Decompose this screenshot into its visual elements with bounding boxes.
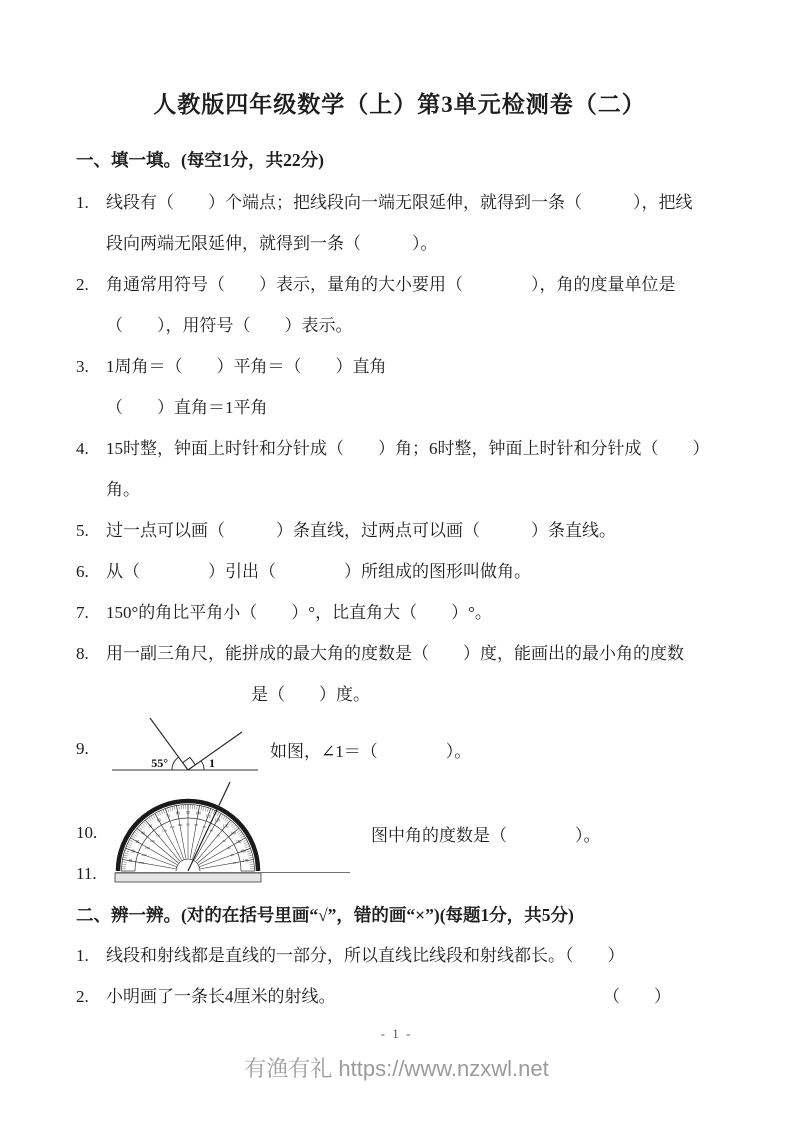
question-body: 用一副三角尺，能拼成的最大角的度数是（ ）度，能画出的最小角的度数 是（ ）度。 [106,633,723,715]
question-text: 线段和射线都是直线的一部分，所以直线比线段和射线都长。（ ） [106,935,625,976]
protractor-figure: 1701016020150301404013050120601107010080… [110,781,355,885]
angle-1-label: 1 [209,756,215,770]
svg-text:100: 100 [195,812,201,816]
svg-text:70: 70 [202,825,206,829]
question-line: 小明画了一条长4厘米的射线。 （ ） [106,976,723,1017]
question-number: 8. [76,633,106,674]
page-title: 人教版四年级数学（上）第3单元检测卷（二） [76,88,723,122]
svg-text:100: 100 [177,823,182,827]
question-1: 1. 线段有（ ）个端点；把线段向一端无限延伸，就得到一条（ ），把线 段向两端… [76,182,723,264]
svg-text:130: 130 [155,833,160,837]
svg-text:60: 60 [157,819,161,823]
question-number: 11. [76,859,106,889]
svg-text:160: 160 [141,853,146,857]
svg-text:170: 170 [139,861,144,865]
question-body: 从（ ）引出（ ）所组成的图形叫做角。 [106,551,723,592]
question-line: 15时整，钟面上时针和分针成（ ）角；6时整，钟面上时针和分针成（ ） [106,428,723,469]
svg-text:160: 160 [240,849,246,853]
page-content: 人教版四年级数学（上）第3单元检测卷（二） 一、填一填。(每空1分，共22分) … [0,0,793,1017]
tf-question-2: 2. 小明画了一条长4厘米的射线。 （ ） [76,976,723,1017]
question-line: （ ），用符号（ ）表示。 [106,305,723,346]
question-number: 3. [76,346,106,387]
svg-text:50: 50 [217,833,221,837]
angle-55-label: 55° [151,756,168,770]
svg-text:20: 20 [230,853,234,857]
section2-heading: 二、辨一辨。(对的在括号里画“√”，错的画“×”)(每题1分，共5分) [76,901,723,929]
question-number: 2. [76,976,106,1017]
angle-right-ray [188,732,242,770]
svg-text:170: 170 [243,859,249,863]
question-6: 6. 从（ ）引出（ ）所组成的图形叫做角。 [76,551,723,592]
watermark-text: 有渔有礼 https://www.nzxwl.net [0,1052,793,1083]
svg-text:10: 10 [233,861,237,865]
section-true-false: 二、辨一辨。(对的在括号里画“√”，错的画“×”)(每题1分，共5分) 1. 线… [76,901,723,1017]
question-number: 2. [76,264,106,305]
question-line: 是（ ）度。 [106,674,723,715]
section1-question-list: 1. 线段有（ ）个端点；把线段向一端无限延伸，就得到一条（ ），把线 段向两端… [76,182,723,889]
question-3: 3. 1周角＝（ ）平角＝（ ）直角 （ ）直角＝1平角 [76,346,723,428]
svg-text:30: 30 [227,846,231,850]
question-number: 5. [76,510,106,551]
svg-text:70: 70 [166,814,170,818]
angle-figure: 55° 1 [110,717,260,781]
question-number: 1. [76,182,106,223]
svg-text:50: 50 [149,824,153,828]
svg-text:110: 110 [205,814,210,818]
answer-blank: （ ） [603,976,723,1017]
question-body: 150°的角比平角小（ ）°，比直角大（ ）°。 [106,592,723,633]
question-10-caption: 图中角的度数是（ ）。 [371,821,601,846]
question-line: 角。 [106,469,723,510]
question-number: 9. [76,739,106,759]
question-text: 小明画了一条长4厘米的射线。 [106,976,336,1017]
question-body: 1周角＝（ ）平角＝（ ）直角 （ ）直角＝1平角 [106,346,723,428]
protractor-scale-ticks: 1701016020150301404013050120601107010080… [122,805,255,872]
question-line: 角通常用符号（ ）表示，量角的大小要用（ ），角的度量单位是 [106,264,723,305]
question-line: 段向两端无限延伸，就得到一条（ ）。 [106,223,723,264]
question-body: 小明画了一条长4厘米的射线。 （ ） [106,976,723,1017]
svg-text:40: 40 [141,832,145,836]
svg-text:150: 150 [145,846,150,850]
question-8: 8. 用一副三角尺，能拼成的最大角的度数是（ ）度，能画出的最小角的度数 是（ … [76,633,723,715]
question-body: 角通常用符号（ ）表示，量角的大小要用（ ），角的度量单位是 （ ），用符号（ … [106,264,723,346]
question-number: 7. [76,592,106,633]
question-body: 过一点可以画（ ）条直线，过两点可以画（ ）条直线。 [106,510,723,551]
svg-text:80: 80 [176,812,180,816]
svg-text:90: 90 [186,822,190,826]
question-body: 15时整，钟面上时针和分针成（ ）角；6时整，钟面上时针和分针成（ ） 角。 [106,428,723,510]
svg-text:150: 150 [236,840,242,844]
question-number: 4. [76,428,106,469]
answer-blank [671,935,723,976]
question-body: 线段和射线都是直线的一部分，所以直线比线段和射线都长。（ ） [106,935,723,976]
question-line: 150°的角比平角小（ ）°，比直角大（ ）°。 [106,592,723,633]
question-line: 过一点可以画（ ）条直线，过两点可以画（ ）条直线。 [106,510,723,551]
svg-text:120: 120 [162,829,167,833]
question-9-caption: 如图，∠1＝（ ）。 [270,737,471,762]
svg-text:40: 40 [222,839,226,843]
question-line: 线段和射线都是直线的一部分，所以直线比线段和射线都长。（ ） [106,935,723,976]
question-number: 10. [76,823,106,843]
svg-text:140: 140 [149,839,154,843]
question-5: 5. 过一点可以画（ ）条直线，过两点可以画（ ）条直线。 [76,510,723,551]
section2-question-list: 1. 线段和射线都是直线的一部分，所以直线比线段和射线都长。（ ） 2. 小明画… [76,935,723,1017]
svg-text:20: 20 [131,849,135,853]
page-number: - 1 - [0,1026,793,1042]
svg-text:120: 120 [215,819,221,823]
svg-text:110: 110 [169,825,174,829]
right-angle-mark [183,757,196,764]
tf-question-1: 1. 线段和射线都是直线的一部分，所以直线比线段和射线都长。（ ） [76,935,723,976]
question-9: 9. 55° 1 如图，∠1＝（ ）。 [76,717,723,781]
section1-heading: 一、填一填。(每空1分，共22分) [76,146,723,174]
svg-text:30: 30 [136,840,140,844]
question-number: 6. [76,551,106,592]
svg-text:80: 80 [194,823,198,827]
question-4: 4. 15时整，钟面上时针和分针成（ ）角；6时整，钟面上时针和分针成（ ） 角… [76,428,723,510]
test-paper-page: 人教版四年级数学（上）第3单元检测卷（二） 一、填一填。(每空1分，共22分) … [0,0,793,1122]
question-line: 线段有（ ）个端点；把线段向一端无限延伸，就得到一条（ ），把线 [106,182,723,223]
question-line: 从（ ）引出（ ）所组成的图形叫做角。 [106,551,723,592]
question-number: 1. [76,935,106,976]
svg-text:60: 60 [210,829,214,833]
svg-text:140: 140 [230,832,236,836]
question-line: 用一副三角尺，能拼成的最大角的度数是（ ）度，能画出的最小角的度数 [106,633,723,674]
angle1-arc [201,761,204,770]
left-angle-arc [172,757,179,770]
question-line: （ ）直角＝1平角 [106,387,723,428]
question-7: 7. 150°的角比平角小（ ）°，比直角大（ ）°。 [76,592,723,633]
svg-text:130: 130 [223,824,229,828]
question-2: 2. 角通常用符号（ ）表示，量角的大小要用（ ），角的度量单位是 （ ），用符… [76,264,723,346]
question-body: 线段有（ ）个端点；把线段向一端无限延伸，就得到一条（ ），把线 段向两端无限延… [106,182,723,264]
protractor-base-bar [115,873,261,882]
svg-text:10: 10 [129,859,133,863]
question-line: 1周角＝（ ）平角＝（ ）直角 [106,346,723,387]
svg-text:90: 90 [186,811,190,815]
